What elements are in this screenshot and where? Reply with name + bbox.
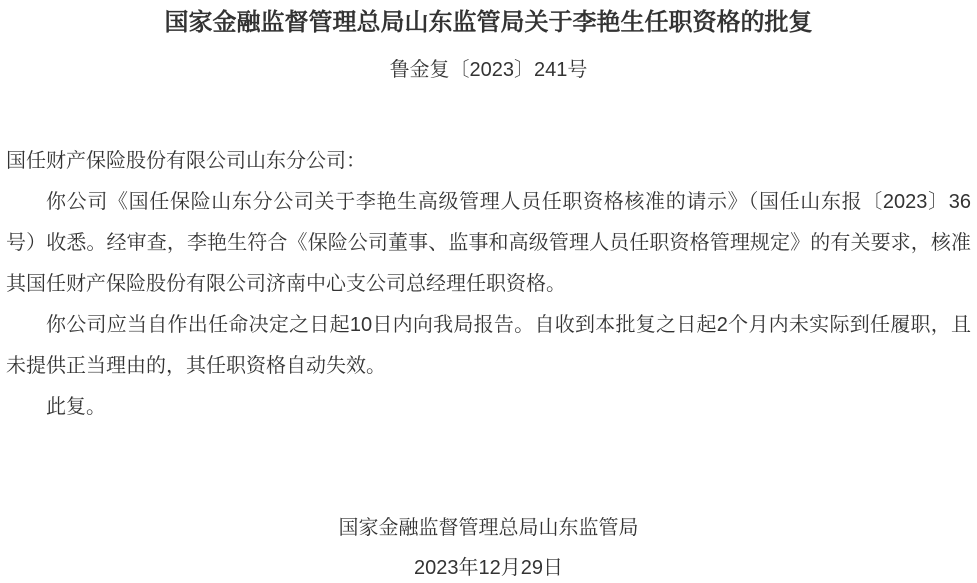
body-paragraph: 你公司应当自作出任命决定之日起10日内向我局报告。自收到本批复之日起2个月内未实… (6, 305, 971, 387)
document-page: 国家金融监督管理总局山东监管局关于李艳生任职资格的批复 鲁金复〔2023〕241… (0, 0, 977, 583)
issue-date: 2023年12月29日 (6, 548, 971, 583)
signature-block: 国家金融监督管理总局山东监管局 2023年12月29日 (6, 508, 971, 583)
addressee: 国任财产保险股份有限公司山东分公司： (6, 141, 971, 182)
document-number: 鲁金复〔2023〕241号 (6, 55, 971, 85)
document-title: 国家金融监督管理总局山东监管局关于李艳生任职资格的批复 (6, 0, 971, 38)
body-paragraph: 你公司《国任保险山东分公司关于李艳生高级管理人员任职资格核准的请示》（国任山东报… (6, 182, 971, 305)
issuer-signature: 国家金融监督管理总局山东监管局 (6, 508, 971, 548)
document-body: 国任财产保险股份有限公司山东分公司： 你公司《国任保险山东分公司关于李艳生高级管… (6, 141, 971, 428)
closing-phrase: 此复。 (6, 387, 971, 428)
